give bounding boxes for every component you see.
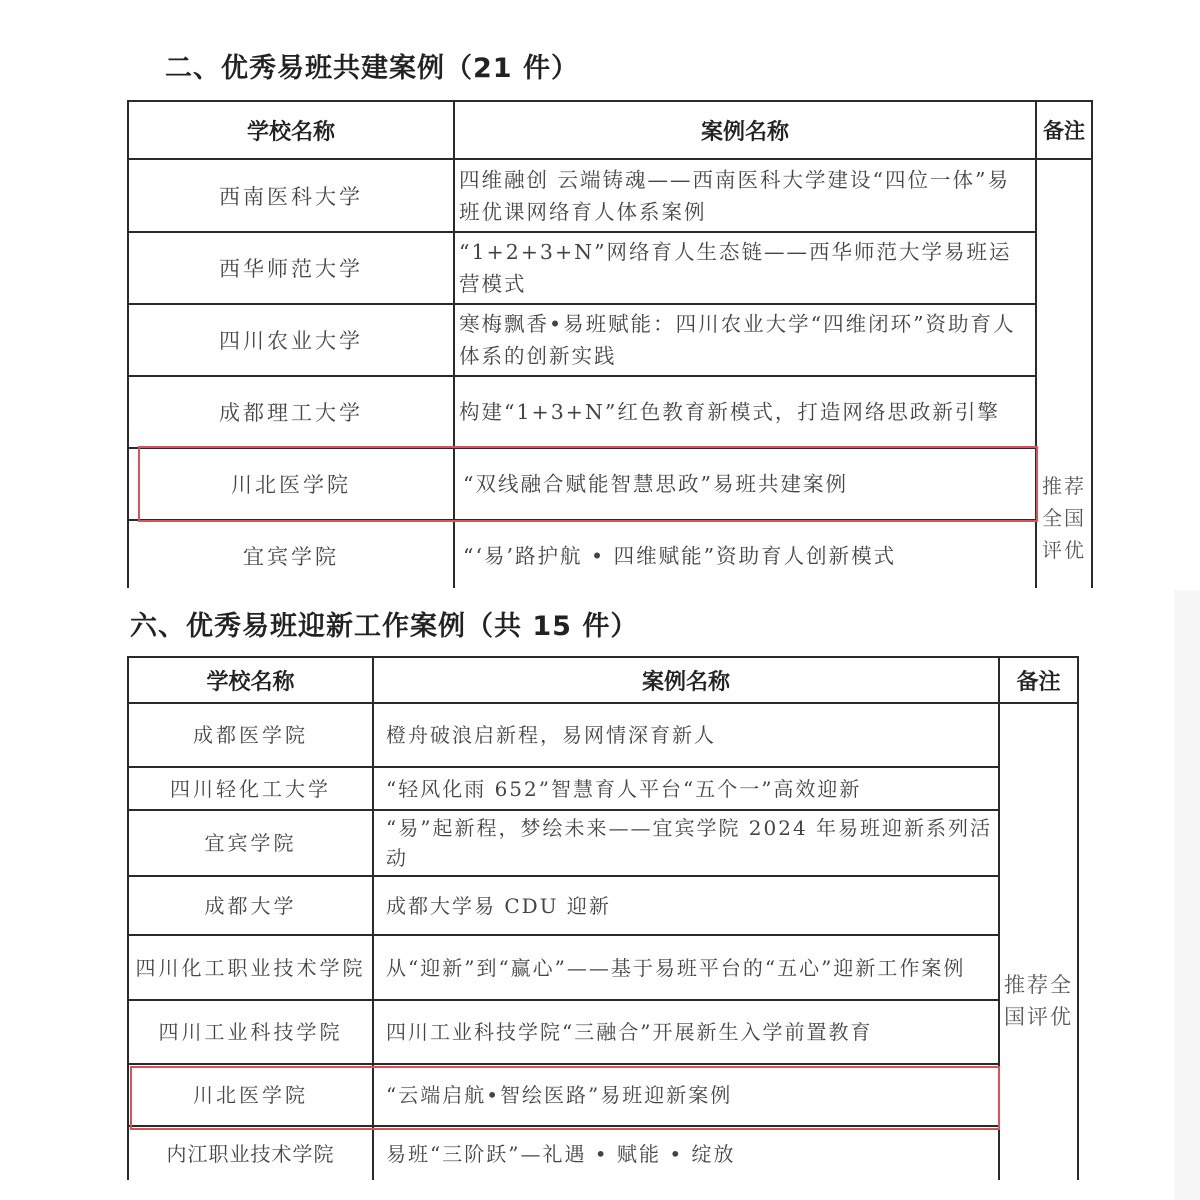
table-row-highlighted: 川北医学院 “云端启航•智绘医路”易班迎新案例 (128, 1064, 1078, 1126)
case-name: “1+2+3+N”网络育人生态链——西华师范大学易班运营模式 (454, 232, 1036, 304)
table-row: 四川农业大学 寒梅飘香•易班赋能：四川农业大学“四维闭环”资助育人体系的创新实践 (128, 304, 1092, 376)
section-excellent-welcome-cases: 六、优秀易班迎新工作案例（共 15 件） 学校名称 案例名称 备注 成都医学院 … (0, 590, 1200, 1200)
case-name: 四维融创 云端铸魂——西南医科大学建设“四位一体”易班优课网络育人体系案例 (454, 159, 1036, 232)
welcome-cases-table: 学校名称 案例名称 备注 成都医学院 橙舟破浪启新程，易网情深育新人 推荐全国评… (127, 656, 1079, 1180)
table-row: 西南医科大学 四维融创 云端铸魂——西南医科大学建设“四位一体”易班优课网络育人… (128, 159, 1092, 232)
table-row: 四川化工职业技术学院 从“迎新”到“赢心”——基于易班平台的“五心”迎新工作案例 (128, 935, 1078, 1000)
school-name: 成都大学 (128, 876, 373, 935)
school-name: 四川农业大学 (128, 304, 454, 376)
header-case-name: 案例名称 (373, 657, 999, 703)
table-row: 宜宾学院 “‘易’路护航 • 四维赋能”资助育人创新模式 (128, 520, 1092, 588)
table-row: 成都大学 成都大学易 CDU 迎新 (128, 876, 1078, 935)
school-name: 西南医科大学 (128, 159, 454, 232)
table-row: 四川轻化工大学 “轻风化雨 652”智慧育人平台“五个一”高效迎新 (128, 767, 1078, 810)
school-name: 四川工业科技学院 (128, 1000, 373, 1064)
remark-cell: 推荐全国评优 (999, 703, 1078, 1180)
header-school-name: 学校名称 (128, 657, 373, 703)
school-name: 内江职业技术学院 (128, 1126, 373, 1180)
table-row: 内江职业技术学院 易班“三阶跃”—礼遇 • 赋能 • 绽放 (128, 1126, 1078, 1180)
school-name: 成都理工大学 (128, 376, 454, 448)
case-name: “轻风化雨 652”智慧育人平台“五个一”高效迎新 (373, 767, 999, 810)
table-header-row: 学校名称 案例名称 备注 (128, 657, 1078, 703)
header-case-name: 案例名称 (454, 101, 1036, 159)
school-name: 宜宾学院 (128, 520, 454, 588)
section-excellent-co-build-cases: 二、优秀易班共建案例（21 件） 学校名称 案例名称 备注 西南医科大学 四维融… (0, 0, 1200, 590)
table-header-row: 学校名称 案例名称 备注 (128, 101, 1092, 159)
header-remark: 备注 (1036, 101, 1092, 159)
table-row: 宜宾学院 “易”起新程，梦绘未来——宜宾学院 2024 年易班迎新系列活动 (128, 810, 1078, 876)
case-name: 从“迎新”到“赢心”——基于易班平台的“五心”迎新工作案例 (373, 935, 999, 1000)
case-name: “云端启航•智绘医路”易班迎新案例 (373, 1064, 999, 1126)
school-name: 宜宾学院 (128, 810, 373, 876)
table-row: 四川工业科技学院 四川工业科技学院“三融合”开展新生入学前置教育 (128, 1000, 1078, 1064)
case-name: 构建“1+3+N”红色教育新模式，打造网络思政新引擎 (454, 376, 1036, 448)
school-name: 四川轻化工大学 (128, 767, 373, 810)
header-remark: 备注 (999, 657, 1078, 703)
case-name: 成都大学易 CDU 迎新 (373, 876, 999, 935)
table-row-highlighted: 川北医学院 “双线融合赋能智慧思政”易班共建案例 (128, 448, 1092, 520)
co-build-cases-table: 学校名称 案例名称 备注 西南医科大学 四维融创 云端铸魂——西南医科大学建设“… (127, 100, 1093, 588)
case-name: 易班“三阶跃”—礼遇 • 赋能 • 绽放 (373, 1126, 999, 1180)
case-name: “易”起新程，梦绘未来——宜宾学院 2024 年易班迎新系列活动 (373, 810, 999, 876)
remark-cell: 推荐全国评优 (1036, 159, 1092, 588)
case-name: 四川工业科技学院“三融合”开展新生入学前置教育 (373, 1000, 999, 1064)
school-name: 四川化工职业技术学院 (128, 935, 373, 1000)
school-name: 川北医学院 (128, 1064, 373, 1126)
case-name: “双线融合赋能智慧思政”易班共建案例 (454, 448, 1036, 520)
table-row: 成都理工大学 构建“1+3+N”红色教育新模式，打造网络思政新引擎 (128, 376, 1092, 448)
case-name: 橙舟破浪启新程，易网情深育新人 (373, 703, 999, 767)
header-school-name: 学校名称 (128, 101, 454, 159)
table-row: 成都医学院 橙舟破浪启新程，易网情深育新人 推荐全国评优 (128, 703, 1078, 767)
school-name: 成都医学院 (128, 703, 373, 767)
case-name: 寒梅飘香•易班赋能：四川农业大学“四维闭环”资助育人体系的创新实践 (454, 304, 1036, 376)
school-name: 西华师范大学 (128, 232, 454, 304)
school-name: 川北医学院 (128, 448, 454, 520)
case-name: “‘易’路护航 • 四维赋能”资助育人创新模式 (454, 520, 1036, 588)
table-row: 西华师范大学 “1+2+3+N”网络育人生态链——西华师范大学易班运营模式 (128, 232, 1092, 304)
